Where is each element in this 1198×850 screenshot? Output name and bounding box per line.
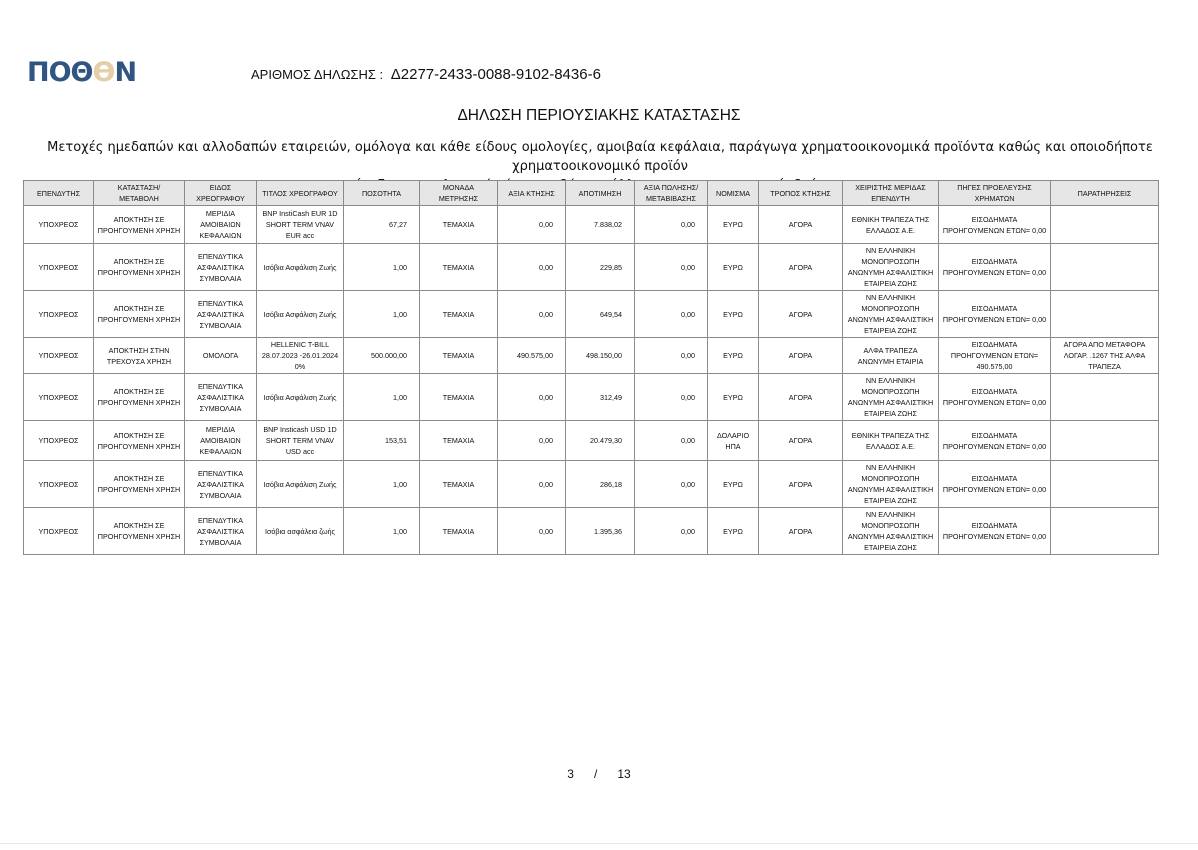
table-row: ΥΠΟΧΡΕΟΣΑΠΟΚΤΗΣΗ ΣΕ ΠΡΟΗΓΟΥΜΕΝΗ ΧΡΗΣΗΕΠΕ… bbox=[24, 374, 1159, 421]
table-cell: 1,00 bbox=[344, 291, 420, 338]
table-cell: ΑΠΟΚΤΗΣΗ ΣΕ ΠΡΟΗΓΟΥΜΕΝΗ ΧΡΗΣΗ bbox=[94, 291, 185, 338]
table-cell: 0,00 bbox=[498, 421, 566, 461]
column-header: ΝΟΜΙΣΜΑ bbox=[708, 181, 759, 206]
page-title: ΔΗΛΩΣΗ ΠΕΡΙΟΥΣΙΑΚΗΣ ΚΑΤΑΣΤΑΣΗΣ bbox=[0, 107, 1198, 125]
table-row: ΥΠΟΧΡΕΟΣΑΠΟΚΤΗΣΗ ΣΕ ΠΡΟΗΓΟΥΜΕΝΗ ΧΡΗΣΗΕΠΕ… bbox=[24, 291, 1159, 338]
table-cell: ΑΠΟΚΤΗΣΗ ΣΕ ΠΡΟΗΓΟΥΜΕΝΗ ΧΡΗΣΗ bbox=[94, 421, 185, 461]
column-header: ΜΟΝΑΔΑ ΜΕΤΡΗΣΗΣ bbox=[420, 181, 498, 206]
page-total: 13 bbox=[617, 767, 630, 781]
table-cell: ΕΥΡΩ bbox=[708, 206, 759, 244]
table-cell: ΥΠΟΧΡΕΟΣ bbox=[24, 338, 94, 374]
table-cell: 498.150,00 bbox=[566, 338, 635, 374]
table-cell: ΤΕΜΑΧΙΑ bbox=[420, 374, 498, 421]
table-cell: 0,00 bbox=[498, 374, 566, 421]
column-header: ΧΕΙΡΙΣΤΗΣ ΜΕΡΙΔΑΣ ΕΠΕΝΔΥΤΗ bbox=[843, 181, 939, 206]
table-cell: ΥΠΟΧΡΕΟΣ bbox=[24, 244, 94, 291]
table-cell: ΟΜΟΛΟΓΑ bbox=[185, 338, 257, 374]
table-cell bbox=[1051, 461, 1159, 508]
table-row: ΥΠΟΧΡΕΟΣΑΠΟΚΤΗΣΗ ΣΕ ΠΡΟΗΓΟΥΜΕΝΗ ΧΡΗΣΗΕΠΕ… bbox=[24, 508, 1159, 555]
table-cell: ΕΘΝΙΚΗ ΤΡΑΠΕΖΑ ΤΗΣ ΕΛΛΑΔΟΣ Α.Ε. bbox=[843, 421, 939, 461]
table-cell: 0,00 bbox=[635, 421, 708, 461]
column-header: ΑΠΟΤΙΜΗΣΗ bbox=[566, 181, 635, 206]
table-cell: BNP Insticash USD 1D SHORT TERM VNAV USD… bbox=[257, 421, 344, 461]
table-cell: ΑΠΟΚΤΗΣΗ ΣΕ ΠΡΟΗΓΟΥΜΕΝΗ ΧΡΗΣΗ bbox=[94, 461, 185, 508]
table-row: ΥΠΟΧΡΕΟΣΑΠΟΚΤΗΣΗ ΣΕ ΠΡΟΗΓΟΥΜΕΝΗ ΧΡΗΣΗΜΕΡ… bbox=[24, 421, 1159, 461]
table-cell: ΤΕΜΑΧΙΑ bbox=[420, 206, 498, 244]
table-cell: ΑΠΟΚΤΗΣΗ ΣΕ ΠΡΟΗΓΟΥΜΕΝΗ ΧΡΗΣΗ bbox=[94, 244, 185, 291]
table-cell: Ισόβια ασφάλεια ζωής bbox=[257, 508, 344, 555]
table-cell: ΑΛΦΑ ΤΡΑΠΕΖΑ ΑΝΩΝΥΜΗ ΕΤΑΙΡΙΑ bbox=[843, 338, 939, 374]
column-header: ΑΞΙΑ ΚΤΗΣΗΣ bbox=[498, 181, 566, 206]
table-row: ΥΠΟΧΡΕΟΣΑΠΟΚΤΗΣΗ ΣΕ ΠΡΟΗΓΟΥΜΕΝΗ ΧΡΗΣΗΜΕΡ… bbox=[24, 206, 1159, 244]
table-cell: ΜΕΡΙΔΙΑ ΑΜΟΙΒΑΙΩΝ ΚΕΦΑΛΑΙΩΝ bbox=[185, 421, 257, 461]
declaration-number: ΑΡΙΘΜΟΣ ΔΗΛΩΣΗΣ : Δ2277-2433-0088-9102-8… bbox=[251, 66, 601, 83]
table-cell: 1,00 bbox=[344, 461, 420, 508]
table-cell: 0,00 bbox=[635, 508, 708, 555]
table-cell bbox=[1051, 421, 1159, 461]
table-cell: ΑΓΟΡΑ bbox=[759, 421, 843, 461]
table-cell: ΕΥΡΩ bbox=[708, 244, 759, 291]
page-divider bbox=[0, 843, 1198, 844]
table-cell: ΑΓΟΡΑ bbox=[759, 338, 843, 374]
table-cell: ΥΠΟΧΡΕΟΣ bbox=[24, 461, 94, 508]
table-cell: ΑΓΟΡΑ bbox=[759, 206, 843, 244]
table-cell: ΑΓΟΡΑ bbox=[759, 374, 843, 421]
column-header: ΚΑΤΑΣΤΑΣΗ/ ΜΕΤΑΒΟΛΗ bbox=[94, 181, 185, 206]
table-cell: ΕΥΡΩ bbox=[708, 338, 759, 374]
table-cell: ΝΝ ΕΛΛΗΝΙΚΗ ΜΟΝΟΠΡΟΣΩΠΗ ΑΝΩΝΥΜΗ ΑΣΦΑΛΙΣΤ… bbox=[843, 374, 939, 421]
table-cell: ΕΠΕΝΔΥΤΙΚΑ ΑΣΦΑΛΙΣΤΙΚΑ ΣΥΜΒΟΛΑΙΑ bbox=[185, 244, 257, 291]
table-cell: ΝΝ ΕΛΛΗΝΙΚΗ ΜΟΝΟΠΡΟΣΩΠΗ ΑΝΩΝΥΜΗ ΑΣΦΑΛΙΣΤ… bbox=[843, 461, 939, 508]
column-header: ΤΡΟΠΟΣ ΚΤΗΣΗΣ bbox=[759, 181, 843, 206]
table-cell: ΕΠΕΝΔΥΤΙΚΑ ΑΣΦΑΛΙΣΤΙΚΑ ΣΥΜΒΟΛΑΙΑ bbox=[185, 374, 257, 421]
table-cell: Ισόβια Ασφάλιση Ζωής bbox=[257, 244, 344, 291]
column-header: ΤΙΤΛΟΣ ΧΡΕΟΓΡΑΦΟΥ bbox=[257, 181, 344, 206]
table-cell: ΥΠΟΧΡΕΟΣ bbox=[24, 206, 94, 244]
table-cell: ΕΙΣΟΔΗΜΑΤΑ ΠΡΟΗΓΟΥΜΕΝΩΝ ΕΤΩΝ= 0,00 bbox=[939, 291, 1051, 338]
table-cell: 0,00 bbox=[635, 374, 708, 421]
table-cell bbox=[1051, 508, 1159, 555]
table-cell: ΕΠΕΝΔΥΤΙΚΑ ΑΣΦΑΛΙΣΤΙΚΑ ΣΥΜΒΟΛΑΙΑ bbox=[185, 291, 257, 338]
table-cell: ΤΕΜΑΧΙΑ bbox=[420, 508, 498, 555]
table-cell: 286,18 bbox=[566, 461, 635, 508]
table-cell: ΕΙΣΟΔΗΜΑΤΑ ΠΡΟΗΓΟΥΜΕΝΩΝ ΕΤΩΝ= 0,00 bbox=[939, 461, 1051, 508]
table-cell: ΤΕΜΑΧΙΑ bbox=[420, 421, 498, 461]
assets-table: ΕΠΕΝΔΥΤΗΣΚΑΤΑΣΤΑΣΗ/ ΜΕΤΑΒΟΛΗΕΙΔΟΣ ΧΡΕΟΓΡ… bbox=[23, 180, 1159, 555]
table-row: ΥΠΟΧΡΕΟΣΑΠΟΚΤΗΣΗ ΣΕ ΠΡΟΗΓΟΥΜΕΝΗ ΧΡΗΣΗΕΠΕ… bbox=[24, 461, 1159, 508]
table-cell: ΑΓΟΡΑ ΑΠΟ ΜΕΤΑΦΟΡΑ ΛΟΓΑΡ. .1267 ΤΗΣ ΑΛΦΑ… bbox=[1051, 338, 1159, 374]
column-header: ΠΟΣΟΤΗΤΑ bbox=[344, 181, 420, 206]
table-header-row: ΕΠΕΝΔΥΤΗΣΚΑΤΑΣΤΑΣΗ/ ΜΕΤΑΒΟΛΗΕΙΔΟΣ ΧΡΕΟΓΡ… bbox=[24, 181, 1159, 206]
table-cell: ΑΠΟΚΤΗΣΗ ΣΕ ΠΡΟΗΓΟΥΜΕΝΗ ΧΡΗΣΗ bbox=[94, 508, 185, 555]
table-cell: 7.838,02 bbox=[566, 206, 635, 244]
table-cell: 1,00 bbox=[344, 374, 420, 421]
section-description-line: Μετοχές ημεδαπών και αλλοδαπών εταιρειών… bbox=[25, 138, 1175, 176]
table-cell: ΕΙΣΟΔΗΜΑΤΑ ΠΡΟΗΓΟΥΜΕΝΩΝ ΕΤΩΝ= 0,00 bbox=[939, 206, 1051, 244]
declaration-label: ΑΡΙΘΜΟΣ ΔΗΛΩΣΗΣ : bbox=[251, 67, 383, 82]
table-cell: ΕΥΡΩ bbox=[708, 374, 759, 421]
table-cell: 0,00 bbox=[498, 508, 566, 555]
table-cell: ΝΝ ΕΛΛΗΝΙΚΗ ΜΟΝΟΠΡΟΣΩΠΗ ΑΝΩΝΥΜΗ ΑΣΦΑΛΙΣΤ… bbox=[843, 244, 939, 291]
table-cell: 0,00 bbox=[635, 244, 708, 291]
table-row: ΥΠΟΧΡΕΟΣΑΠΟΚΤΗΣΗ ΣΕ ΠΡΟΗΓΟΥΜΕΝΗ ΧΡΗΣΗΕΠΕ… bbox=[24, 244, 1159, 291]
table-cell: ΔΟΛΑΡΙΟ ΗΠΑ bbox=[708, 421, 759, 461]
table-cell: ΕΙΣΟΔΗΜΑΤΑ ΠΡΟΗΓΟΥΜΕΝΩΝ ΕΤΩΝ= 490.575,00 bbox=[939, 338, 1051, 374]
table-cell: 1,00 bbox=[344, 244, 420, 291]
logo-part: ΠΟΘ bbox=[27, 57, 93, 88]
pagination: 3/13 bbox=[0, 767, 1198, 781]
table-cell: 0,00 bbox=[498, 461, 566, 508]
column-header: ΠΗΓΕΣ ΠΡΟΕΛΕΥΣΗΣ ΧΡΗΜΑΤΩΝ bbox=[939, 181, 1051, 206]
table-cell: ΑΓΟΡΑ bbox=[759, 244, 843, 291]
table-cell: ΕΥΡΩ bbox=[708, 461, 759, 508]
table-cell: 67,27 bbox=[344, 206, 420, 244]
table-cell: ΑΠΟΚΤΗΣΗ ΣΕ ΠΡΟΗΓΟΥΜΕΝΗ ΧΡΗΣΗ bbox=[94, 206, 185, 244]
table-cell: ΥΠΟΧΡΕΟΣ bbox=[24, 374, 94, 421]
table-cell: ΑΓΟΡΑ bbox=[759, 508, 843, 555]
column-header: ΠΑΡΑΤΗΡΗΣΕΙΣ bbox=[1051, 181, 1159, 206]
table-cell bbox=[1051, 206, 1159, 244]
table-cell: HELLENIC T-BILL 28.07.2023 -26.01.2024 0… bbox=[257, 338, 344, 374]
table-cell: ΝΝ ΕΛΛΗΝΙΚΗ ΜΟΝΟΠΡΟΣΩΠΗ ΑΝΩΝΥΜΗ ΑΣΦΑΛΙΣΤ… bbox=[843, 291, 939, 338]
table-cell: ΜΕΡΙΔΙΑ ΑΜΟΙΒΑΙΩΝ ΚΕΦΑΛΑΙΩΝ bbox=[185, 206, 257, 244]
table-cell: ΕΠΕΝΔΥΤΙΚΑ ΑΣΦΑΛΙΣΤΙΚΑ ΣΥΜΒΟΛΑΙΑ bbox=[185, 461, 257, 508]
logo: ΠΟΘƟΝ bbox=[27, 58, 136, 88]
declaration-number-value: Δ2277-2433-0088-9102-8436-6 bbox=[391, 66, 601, 83]
table-cell: ΕΙΣΟΔΗΜΑΤΑ ΠΡΟΗΓΟΥΜΕΝΩΝ ΕΤΩΝ= 0,00 bbox=[939, 421, 1051, 461]
table-cell: 312,49 bbox=[566, 374, 635, 421]
column-header: ΑΞΙΑ ΠΩΛΗΣΗΣ/ ΜΕΤΑΒΙΒΑΣΗΣ bbox=[635, 181, 708, 206]
table-cell: Ισόβια Ασφάλιση Ζωής bbox=[257, 291, 344, 338]
table-cell: 649,54 bbox=[566, 291, 635, 338]
table-cell: ΑΠΟΚΤΗΣΗ ΣΕ ΠΡΟΗΓΟΥΜΕΝΗ ΧΡΗΣΗ bbox=[94, 374, 185, 421]
table-cell: ΥΠΟΧΡΕΟΣ bbox=[24, 291, 94, 338]
table-cell: ΕΥΡΩ bbox=[708, 508, 759, 555]
column-header: ΕΙΔΟΣ ΧΡΕΟΓΡΑΦΟΥ bbox=[185, 181, 257, 206]
table-cell: 1.395,36 bbox=[566, 508, 635, 555]
table-cell: 0,00 bbox=[635, 206, 708, 244]
table-cell: ΤΕΜΑΧΙΑ bbox=[420, 338, 498, 374]
logo-accent: Ɵ bbox=[93, 57, 115, 88]
table-cell: 229,85 bbox=[566, 244, 635, 291]
table-cell bbox=[1051, 244, 1159, 291]
table-cell: ΝΝ ΕΛΛΗΝΙΚΗ ΜΟΝΟΠΡΟΣΩΠΗ ΑΝΩΝΥΜΗ ΑΣΦΑΛΙΣΤ… bbox=[843, 508, 939, 555]
table-cell: ΕΘΝΙΚΗ ΤΡΑΠΕΖΑ ΤΗΣ ΕΛΛΑΔΟΣ Α.Ε. bbox=[843, 206, 939, 244]
page-separator: / bbox=[594, 767, 597, 781]
table-cell: BNP InstiCash EUR 1D SHORT TERM VNAV EUR… bbox=[257, 206, 344, 244]
table-cell: 0,00 bbox=[635, 338, 708, 374]
table-cell: 1,00 bbox=[344, 508, 420, 555]
table-cell: ΥΠΟΧΡΕΟΣ bbox=[24, 508, 94, 555]
logo-part: Ν bbox=[114, 57, 136, 88]
table-cell: 20.479,30 bbox=[566, 421, 635, 461]
table-cell: 490.575,00 bbox=[498, 338, 566, 374]
table-cell: 0,00 bbox=[498, 291, 566, 338]
table-cell: 153,51 bbox=[344, 421, 420, 461]
table-cell: ΥΠΟΧΡΕΟΣ bbox=[24, 421, 94, 461]
table-cell: ΑΓΟΡΑ bbox=[759, 461, 843, 508]
table-cell: ΑΠΟΚΤΗΣΗ ΣΤΗΝ ΤΡΕΧΟΥΣΑ ΧΡΗΣΗ bbox=[94, 338, 185, 374]
table-cell: ΤΕΜΑΧΙΑ bbox=[420, 244, 498, 291]
table-cell: ΕΥΡΩ bbox=[708, 291, 759, 338]
table-cell: ΤΕΜΑΧΙΑ bbox=[420, 461, 498, 508]
table-cell: Ισόβια Ασφάλιση Ζωής bbox=[257, 461, 344, 508]
table-cell: ΕΙΣΟΔΗΜΑΤΑ ΠΡΟΗΓΟΥΜΕΝΩΝ ΕΤΩΝ= 0,00 bbox=[939, 508, 1051, 555]
table-cell bbox=[1051, 291, 1159, 338]
table-cell: ΑΓΟΡΑ bbox=[759, 291, 843, 338]
table-cell: Ισόβια Ασφάλιση Ζωής bbox=[257, 374, 344, 421]
page-current: 3 bbox=[567, 767, 574, 781]
table-cell: ΕΙΣΟΔΗΜΑΤΑ ΠΡΟΗΓΟΥΜΕΝΩΝ ΕΤΩΝ= 0,00 bbox=[939, 244, 1051, 291]
table-cell: 0,00 bbox=[498, 206, 566, 244]
table-cell: 500.000,00 bbox=[344, 338, 420, 374]
table-cell: 0,00 bbox=[635, 291, 708, 338]
table-cell: 0,00 bbox=[635, 461, 708, 508]
table-cell: ΕΠΕΝΔΥΤΙΚΑ ΑΣΦΑΛΙΣΤΙΚΑ ΣΥΜΒΟΛΑΙΑ bbox=[185, 508, 257, 555]
table-row: ΥΠΟΧΡΕΟΣΑΠΟΚΤΗΣΗ ΣΤΗΝ ΤΡΕΧΟΥΣΑ ΧΡΗΣΗΟΜΟΛ… bbox=[24, 338, 1159, 374]
table-cell bbox=[1051, 374, 1159, 421]
column-header: ΕΠΕΝΔΥΤΗΣ bbox=[24, 181, 94, 206]
table-cell: ΕΙΣΟΔΗΜΑΤΑ ΠΡΟΗΓΟΥΜΕΝΩΝ ΕΤΩΝ= 0,00 bbox=[939, 374, 1051, 421]
table-cell: ΤΕΜΑΧΙΑ bbox=[420, 291, 498, 338]
table-cell: 0,00 bbox=[498, 244, 566, 291]
